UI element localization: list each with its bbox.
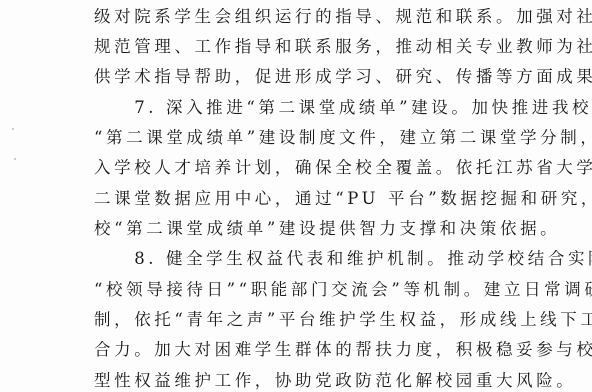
paragraph-line-11: 制，依托“青年之声”平台维护学生权益，形成线上线下工作 — [94, 305, 526, 335]
paragraph-line-6: 入学校人才培养计划，确保全校全覆盖。依托江苏省大学生第 — [94, 153, 526, 183]
item-7-heading-line: 7. 深入推进“第二课堂成绩单”建设。加快推进我校出台 — [94, 93, 526, 123]
scan-speck — [12, 128, 14, 130]
paragraph-line-5: “第二课堂成绩单”建设制度文件，建立第二课堂学分制，纳 — [94, 123, 526, 153]
paragraph-line-3: 供学术指导帮助，促进形成学习、研究、传播等方面成果 — [94, 62, 526, 92]
paragraph-line-12: 合力。加大对困难学生群体的帮扶力度，积极稳妥参与校园典 — [94, 335, 526, 365]
paragraph-line-10: “校领导接待日”“职能部门交流会”等机制。建立日常调研机 — [94, 275, 526, 305]
scanned-document-page: 级对院系学生会组织运行的指导、规范和联系。加强对社团的 规范管理、工作指导和联系… — [0, 0, 592, 392]
paragraph-line-8: 校“第二课堂成绩单”建设提供智力支撑和决策依据。 — [94, 214, 526, 244]
paragraph-line-13: 型性权益维护工作，协助党政防范化解校园重大风险。 — [94, 366, 526, 392]
item-8-heading-line: 8. 健全学生权益代表和维护机制。推动学校结合实际设立 — [94, 244, 526, 274]
paragraph-line-7: 二课堂数据应用中心，通过“PU 平台”数据挖掘和研究，为我 — [94, 184, 526, 214]
paragraph-line-1: 级对院系学生会组织运行的指导、规范和联系。加强对社团的 — [94, 2, 526, 32]
paragraph-line-2: 规范管理、工作指导和联系服务，推动相关专业教师为社团提 — [94, 32, 526, 62]
scan-speck — [14, 158, 16, 160]
